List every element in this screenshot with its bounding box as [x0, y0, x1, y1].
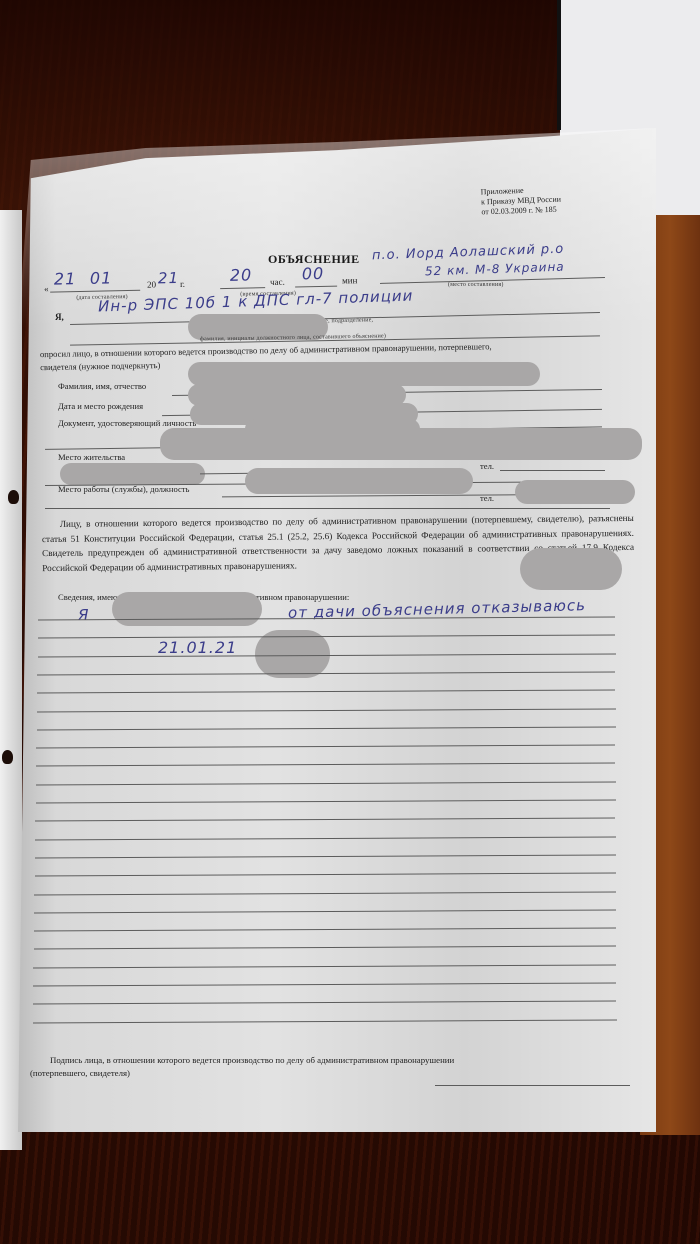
field-line-workplace-2 — [45, 508, 610, 509]
minute-underline — [295, 286, 337, 288]
signature-line-1: Подпись лица, в отношении которого ведет… — [50, 1055, 454, 1065]
field-label-birth: Дата и место рождения — [58, 401, 143, 412]
signature-field[interactable] — [435, 1085, 630, 1086]
binder-hole-icon — [2, 750, 13, 764]
year-suffix: 21 — [158, 269, 179, 287]
redaction-workplace — [245, 468, 473, 494]
statement-handwritten-date: 21.01.21 — [158, 638, 237, 657]
year-unit: г. — [180, 279, 185, 290]
field-label-workplace: Место работы (службы), должность — [58, 484, 189, 495]
statement-handwritten-start: Я — [78, 606, 89, 624]
signature-caption: Подпись лица, в отношении которого ведет… — [30, 1054, 630, 1080]
phone-label-1: тел. — [480, 461, 494, 472]
redaction-witness-status — [188, 362, 540, 386]
time-minute: 00 — [302, 264, 325, 283]
phone-line-1 — [500, 470, 605, 471]
date-month: 01 — [90, 268, 113, 287]
appendix-header: Приложение к Приказу МВД России от 02.03… — [481, 185, 562, 218]
time-hour: 20 — [230, 265, 253, 284]
quote-mark: « — [44, 284, 49, 295]
date-underline — [50, 290, 140, 293]
sheet-shadow-edge — [557, 0, 561, 130]
field-label-residence: Место жительства — [58, 452, 125, 463]
binder-left-page — [0, 210, 22, 1150]
redaction-residence-2 — [60, 463, 205, 485]
redaction-statement-name — [112, 592, 262, 626]
hour-underline — [220, 287, 265, 289]
field-label-fullname: Фамилия, имя, отчество — [58, 381, 146, 392]
signature-line-2: (потерпевшего, свидетеля) — [30, 1068, 130, 1078]
redaction-residence — [160, 428, 642, 460]
phone-label-2: тел. — [480, 493, 494, 504]
hour-unit: час. — [270, 277, 285, 288]
date-day: 21 — [54, 269, 77, 288]
minute-unit: мин — [342, 275, 358, 286]
officer-prefix: Я, — [55, 312, 64, 323]
redaction-phone — [515, 480, 635, 504]
year-prefix: 20 — [147, 279, 156, 290]
redaction-rights — [520, 548, 622, 590]
place-caption: (место составления) — [448, 282, 504, 288]
binder-hole-icon — [8, 490, 19, 504]
